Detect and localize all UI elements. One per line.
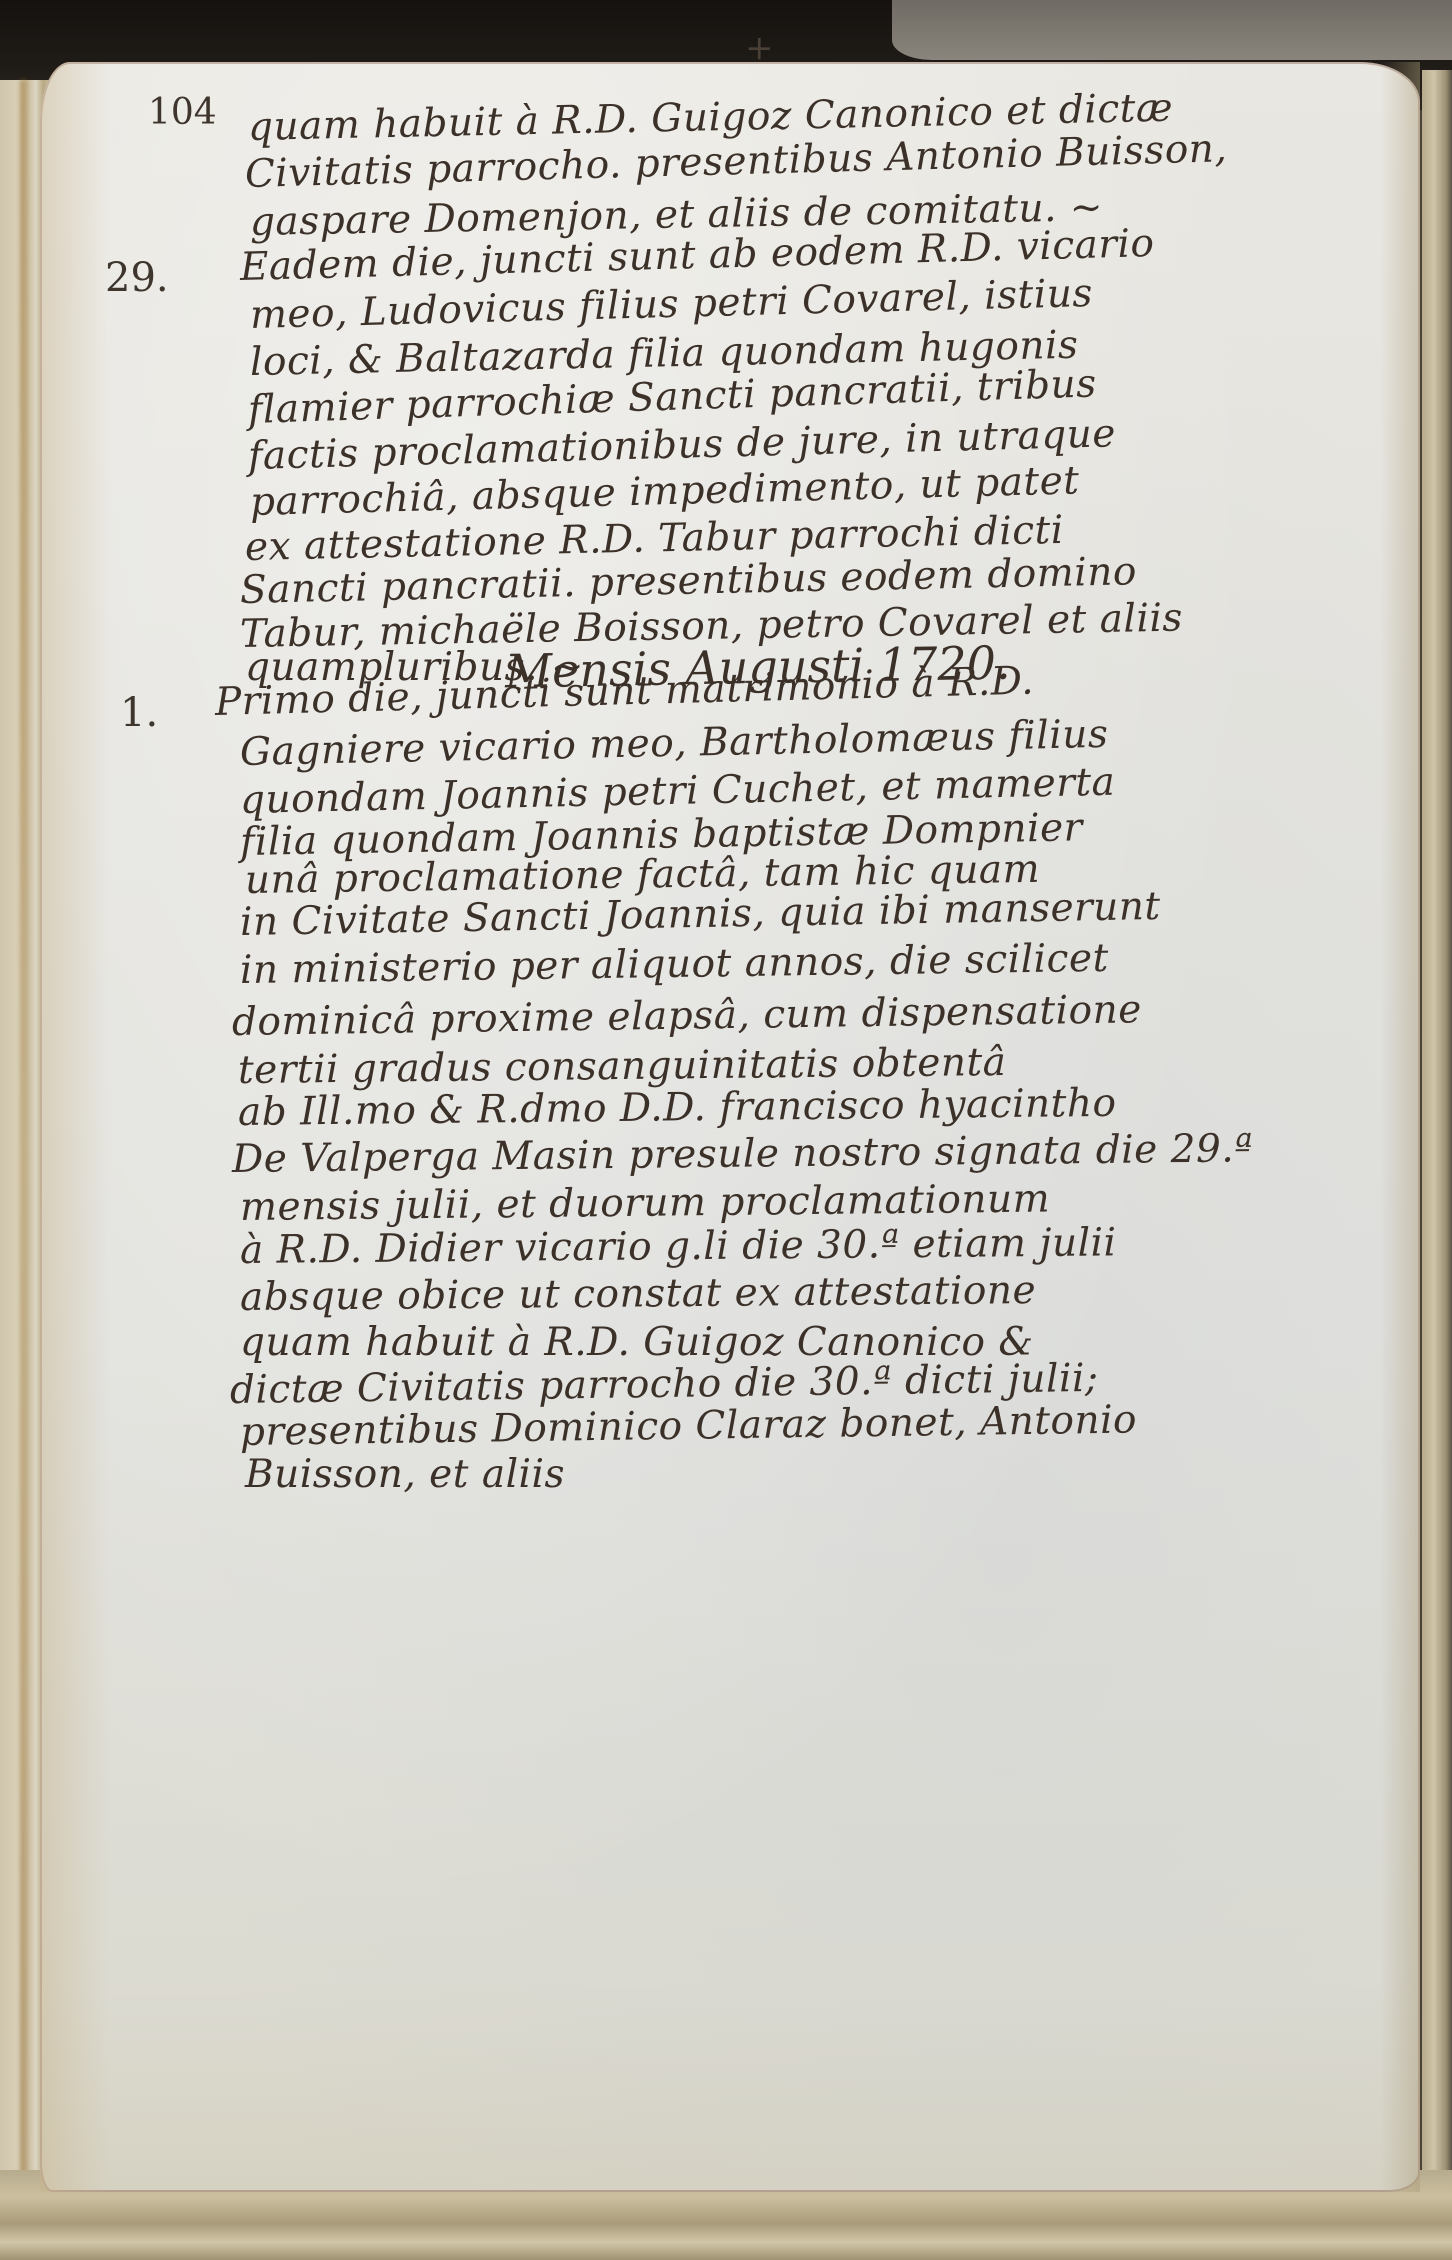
entry-line: Buisson, et aliis [245,1452,565,1497]
facing-page-edge [892,0,1452,60]
margin-date: 1. [120,690,158,736]
cross-mark: + [745,28,774,68]
entry-line: à R.D. Didier vicario g.li die 30.ª etia… [240,1220,1117,1273]
margin-date: 29. [105,255,169,301]
entry-line: ab Ill.mo & R.dmo D.D. francisco hyacint… [238,1081,1117,1135]
right-binding-edge [1422,70,1452,2260]
page-number: 104 [148,92,217,133]
entry-line: absque obice ut constat ex attestatione [240,1268,1036,1320]
manuscript-scene: + 104 quam habuit à R.D. Guigoz Canonico… [0,0,1452,2260]
